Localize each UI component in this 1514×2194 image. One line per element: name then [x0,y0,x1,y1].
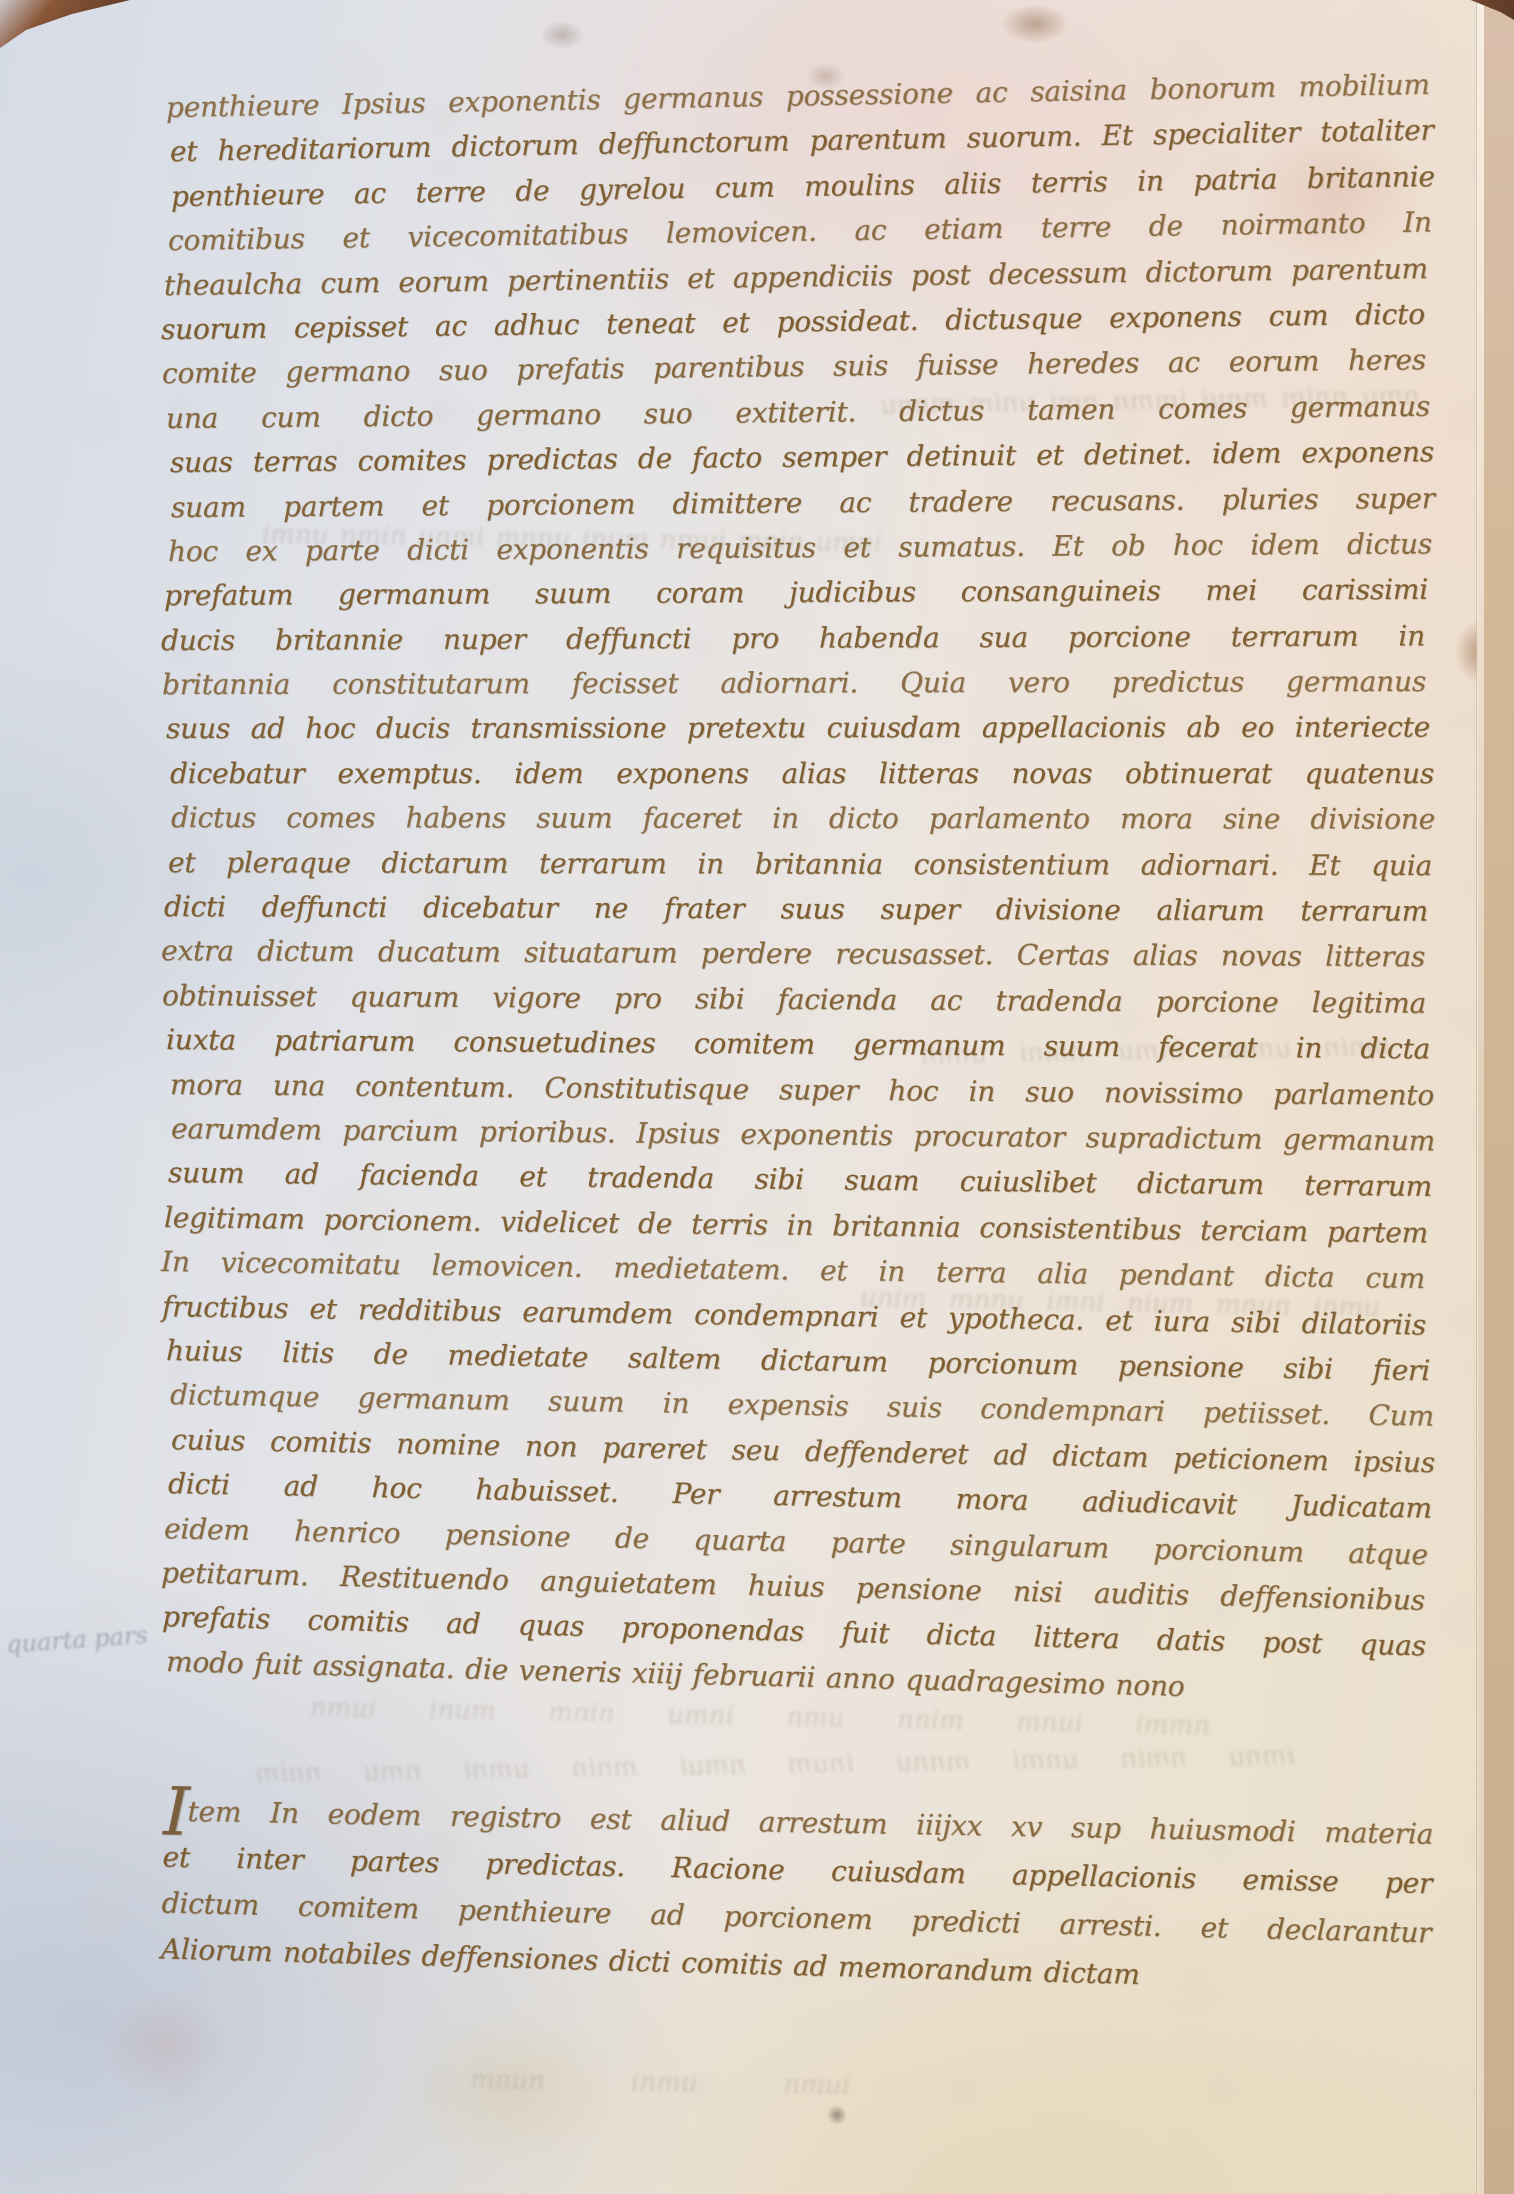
manuscript-line: ducis britannie nuper deffuncti pro habe… [161,614,1425,663]
stain [826,2104,848,2126]
manuscript-line: dicti deffuncti dicebatur ne frater suus… [164,885,1428,934]
manuscript-line: britannia constitutarum fecisset adiorna… [162,660,1426,707]
stain [100,1990,230,2100]
bleedthrough-line: imnu nmin unmi mnnu inum nmui mnin umni … [255,1741,1295,1789]
manuscript-line: et pleraque dictarum terrarum in britann… [168,841,1432,888]
stain [400,2010,620,2170]
manuscript-line: dicebatur exemptus. idem exponens alias … [170,752,1434,796]
page-edge-highlight [1476,0,1484,2194]
stain [1000,4,1070,44]
manuscript-line: suus ad hoc ducis transmissione pretextu… [166,706,1430,752]
manuscript-line: suam partem et porcionem dimittere ac tr… [171,476,1435,530]
manuscript-line: obtinuisset quarum vigore pro sibi facie… [162,974,1426,1026]
manuscript-line: extra dictum ducatum situatarum perdere … [161,929,1425,980]
manuscript-line: dictus comes habens suum faceret in dict… [171,796,1435,842]
binding-corner-top-left [0,0,140,50]
main-text-block: penthieure Ipsius exponentis germanus po… [166,86,1430,1684]
stain [540,20,584,50]
addendum-block: Item In eodem registro est aliud arrestu… [160,1788,1433,1995]
manuscript-page: nmu nnim mnui immn nmi unim mnnu imnu nm… [0,0,1514,2194]
manuscript-line: hoc ex parte dicti exponentis requisitus… [168,522,1432,574]
manuscript-line: prefatum germanum suum coram judicibus c… [164,568,1428,619]
bleedthrough-line: mnun inmu nmui [470,2065,850,2101]
